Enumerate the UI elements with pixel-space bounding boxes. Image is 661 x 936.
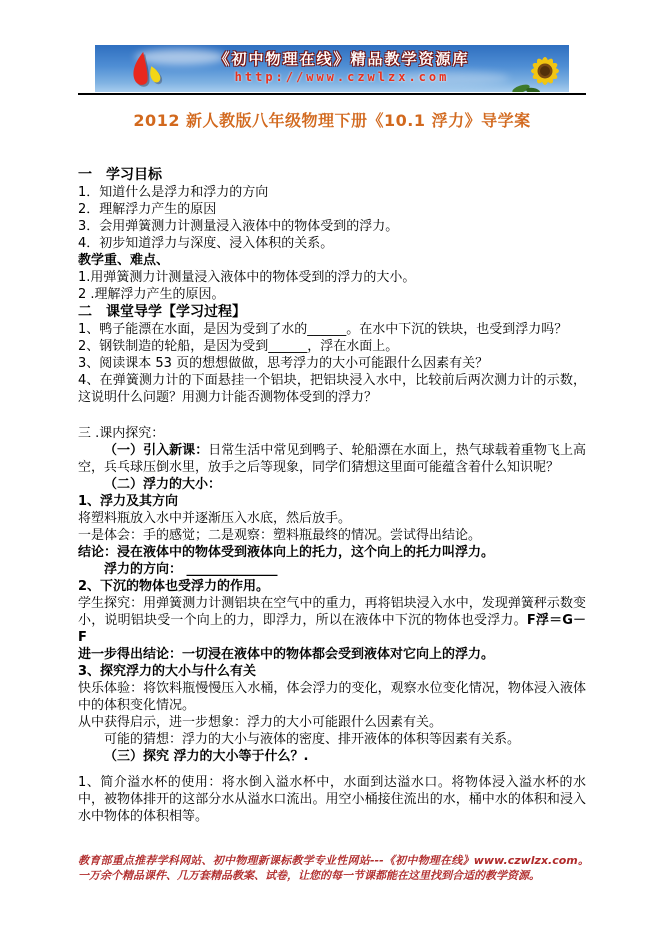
doc-line: 一是体会：手的感觉；二是观察：塑料瓶最终的情况。尝试得出结论。 (78, 527, 586, 544)
doc-line: 3．会用弹簧测力计测量浸入液体中的物体受到的浮力。 (78, 218, 586, 235)
doc-line: 2、钢铁制造的轮船，是因为受到______，浮在水面上。 (78, 338, 586, 355)
banner-site-title: 《初中物理在线》精品教学资源库 (185, 48, 499, 69)
doc-line: 1．知道什么是浮力和浮力的方向 (78, 184, 586, 201)
heading-buoyancy-size: （二）浮力的大小： (78, 476, 586, 493)
heading-learning-goals: 一 学习目标 (78, 166, 586, 184)
banner-url: http://www.czwlzx.com (185, 70, 499, 84)
page: { "banner": { "site_title": "《初中物理在线》精品教… (0, 0, 661, 936)
heading-class-guide: 二 课堂导学【学习过程】 (78, 303, 586, 321)
doc-line: 1、简介溢水杯的使用：将水倒入溢水杯中，水面到达溢水口。将物体浸入溢水杯的水中，… (78, 774, 586, 825)
further-conclusion: 进一步得出结论：一切浸在液体中的物体都会受到液体对它向上的浮力。 (78, 646, 586, 663)
sunflower-icon (511, 53, 567, 92)
fill-blank-direction: 浮力的方向： ______________ (78, 561, 586, 578)
heading-buoyancy-direction: 1、浮力及其方向 (78, 493, 586, 510)
footer-note: 教育部重点推荐学科网站、初中物理新课标教学专业性网站---《初中物理在线》www… (78, 853, 589, 883)
doc-line: （一）引入新课：日常生活中常见到鸭子、轮船漂在水面上，热气球载着重物飞上高空，兵… (78, 442, 586, 476)
flame-icon (127, 47, 163, 92)
doc-line: 可能的猜想：浮力的大小与液体的密度、排开液体的体积等因素有关系。 (78, 731, 586, 748)
doc-line: 从中获得启示，进一步想象：浮力的大小可能跟什么因素有关。 (78, 714, 586, 731)
heading-sinking-objects: 2、下沉的物体也受浮力的作用。 (78, 578, 586, 595)
heading-factors: 3、探究浮力的大小与什么有关 (78, 663, 586, 680)
doc-line: 将塑料瓶放入水中并逐渐压入水底，然后放手。 (78, 510, 586, 527)
heading-equal-to-what: （三）探究 浮力的大小等于什么？. (78, 748, 586, 765)
banner-divider (78, 93, 586, 95)
document-body: 一 学习目标 1．知道什么是浮力和浮力的方向 2．理解浮力产生的原因 3．会用弹… (78, 166, 586, 825)
doc-line: 4、在弹簧测力计的下面悬挂一个铝块，把铝块浸入水中，比较前后两次测力计的示数，这… (78, 372, 586, 406)
doc-line: 1、鸭子能漂在水面，是因为受到了水的______。在水中下沉的铁块，也受到浮力吗… (78, 321, 586, 338)
document-page: 《初中物理在线》精品教学资源库 http://www.czwlzx.com (0, 0, 661, 825)
heading-inquiry: 三 .课内探究： (78, 425, 586, 442)
line-lead: （一）引入新课： (104, 443, 208, 458)
doc-line: 1.用弹簧测力计测量浸入液体中的物体受到的浮力的大小。 (78, 269, 586, 286)
doc-line: 学生探究：用弹簧测力计测铝块在空气中的重力，再将铝块浸入水中，发现弹簧秤示数变小… (78, 595, 586, 646)
doc-line: 2．理解浮力产生的原因 (78, 201, 586, 218)
banner-text-block: 《初中物理在线》精品教学资源库 http://www.czwlzx.com (185, 48, 499, 84)
page-title: 2012 新人教版八年级物理下册《10.1 浮力》导学案 (78, 108, 586, 131)
line-text: 学生探究：用弹簧测力计测铝块在空气中的重力，再将铝块浸入水中，发现弹簧秤示数变小… (78, 596, 586, 628)
header-banner: 《初中物理在线》精品教学资源库 http://www.czwlzx.com (95, 45, 569, 92)
heading-key-points: 教学重、难点、 (78, 252, 586, 269)
doc-line: 快乐体验：将饮料瓶慢慢压入水桶，体会浮力的变化，观察水位变化情况，物体浸入液体中… (78, 680, 586, 714)
doc-line: 2 .理解浮力产生的原因。 (78, 286, 586, 303)
conclusion-line: 结论：浸在液体中的物体受到液体向上的托力，这个向上的托力叫浮力。 (78, 544, 586, 561)
doc-line: 3、阅读课本 53 页的想想做做，思考浮力的大小可能跟什么因素有关？ (78, 355, 586, 372)
doc-line: 4．初步知道浮力与深度、浸入体积的关系。 (78, 235, 586, 252)
